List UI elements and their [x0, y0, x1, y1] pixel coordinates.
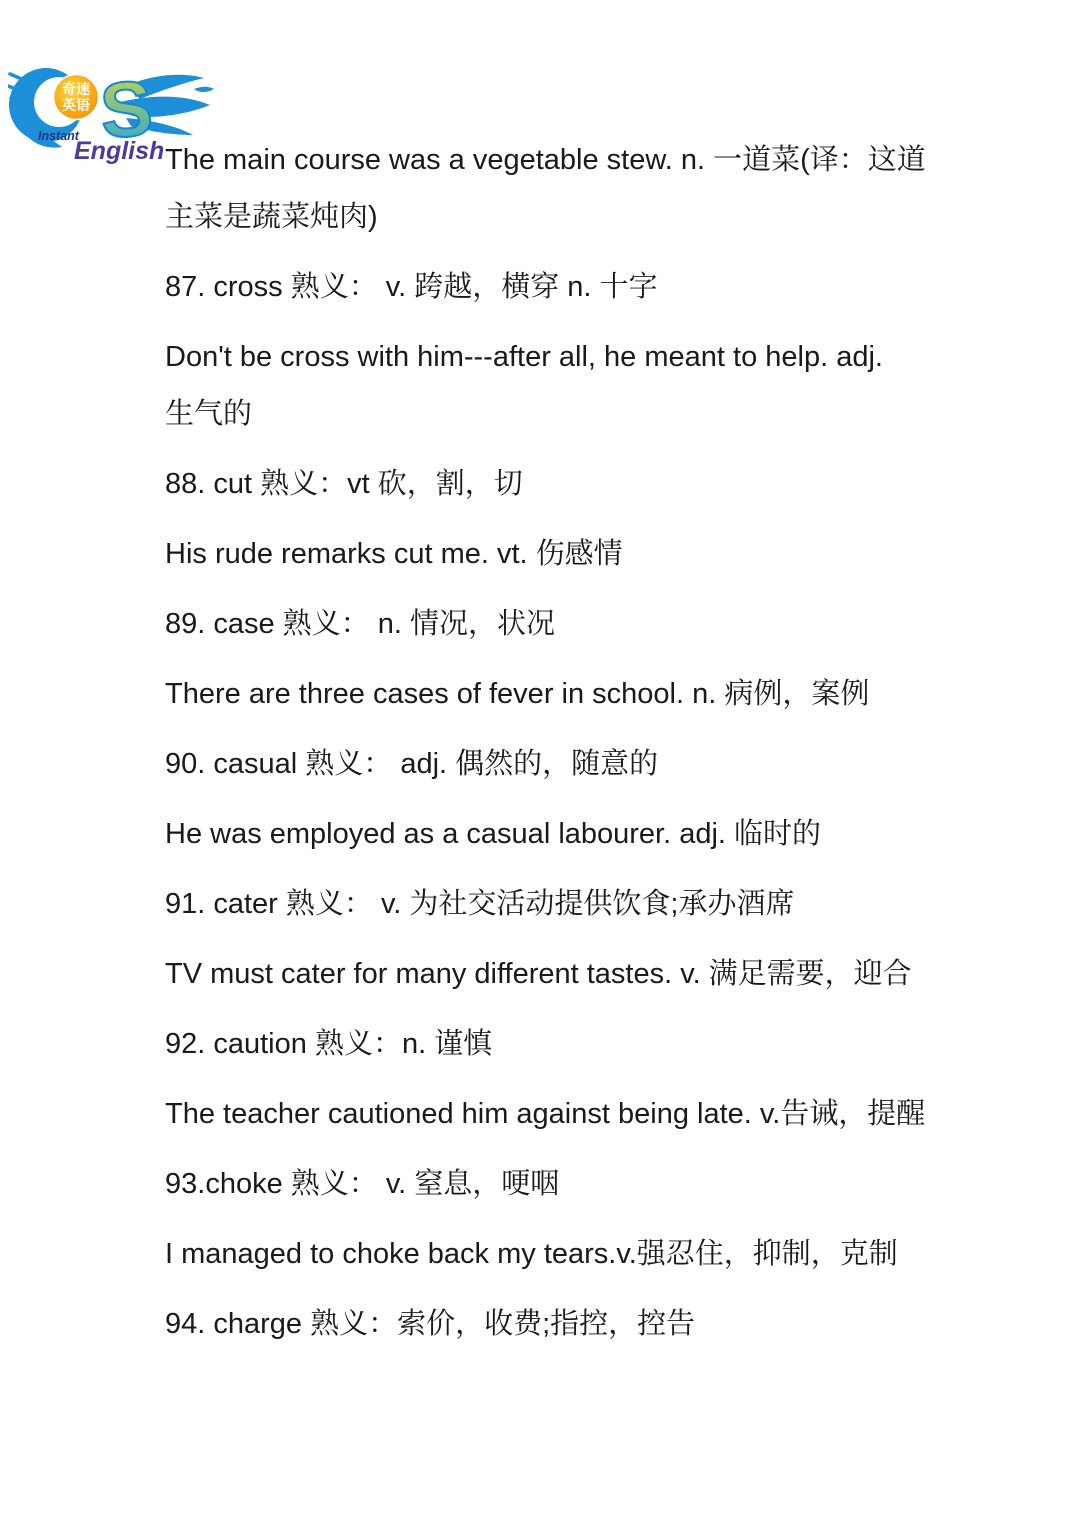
paragraph: 92. caution 熟义：n. 谨慎	[165, 1016, 965, 1073]
text-line: 88. cut 熟义：vt 砍，割，切	[165, 456, 965, 513]
text-line: Don't be cross with him---after all, he …	[165, 329, 965, 386]
paragraph: The main course was a vegetable stew. n.…	[165, 132, 965, 246]
text-line: There are three cases of fever in school…	[165, 666, 965, 723]
paragraph: 88. cut 熟义：vt 砍，割，切	[165, 456, 965, 513]
text-line: TV must cater for many different tastes.…	[165, 946, 965, 1003]
text-line: I managed to choke back my tears.v.强忍住，抑…	[165, 1226, 965, 1283]
text-line: The main course was a vegetable stew. n.…	[165, 132, 965, 189]
paragraph: I managed to choke back my tears.v.强忍住，抑…	[165, 1226, 965, 1283]
badge-text-line2: 英语	[62, 97, 90, 113]
paragraph: 93.choke 熟义： v. 窒息，哽咽	[165, 1156, 965, 1213]
paragraph: There are three cases of fever in school…	[165, 666, 965, 723]
text-line: 94. charge 熟义：索价，收费;指控，控告	[165, 1296, 965, 1353]
paragraph: 91. cater 熟义： v. 为社交活动提供饮食;承办酒席	[165, 876, 965, 933]
badge-text-line1: 奇速	[62, 81, 90, 97]
logo-english-label: English	[74, 137, 164, 165]
paragraph: He was employed as a casual labourer. ad…	[165, 806, 965, 863]
text-line: 87. cross 熟义： v. 跨越，横穿 n. 十字	[165, 259, 965, 316]
text-line: He was employed as a casual labourer. ad…	[165, 806, 965, 863]
text-line: 90. casual 熟义： adj. 偶然的，随意的	[165, 736, 965, 793]
text-line: 89. case 熟义： n. 情况，状况	[165, 596, 965, 653]
paragraph: Don't be cross with him---after all, he …	[165, 329, 965, 443]
paragraph: The teacher cautioned him against being …	[165, 1086, 965, 1143]
text-line: 91. cater 熟义： v. 为社交活动提供饮食;承办酒席	[165, 876, 965, 933]
text-line: 主菜是蔬菜炖肉)	[165, 189, 965, 246]
text-line: His rude remarks cut me. vt. 伤感情	[165, 526, 965, 583]
text-line: 92. caution 熟义：n. 谨慎	[165, 1016, 965, 1073]
paragraph: TV must cater for many different tastes.…	[165, 946, 965, 1003]
paragraph: 89. case 熟义： n. 情况，状况	[165, 596, 965, 653]
text-line: The teacher cautioned him against being …	[165, 1086, 965, 1143]
paragraph: His rude remarks cut me. vt. 伤感情	[165, 526, 965, 583]
paragraph: 90. casual 熟义： adj. 偶然的，随意的	[165, 736, 965, 793]
text-line: 93.choke 熟义： v. 窒息，哽咽	[165, 1156, 965, 1213]
text-line: 生气的	[165, 386, 965, 443]
paragraph: 87. cross 熟义： v. 跨越，横穿 n. 十字	[165, 259, 965, 316]
document-body: The main course was a vegetable stew. n.…	[165, 132, 965, 1366]
brand-badge: 奇速 英语	[54, 75, 99, 120]
paragraph: 94. charge 熟义：索价，收费;指控，控告	[165, 1296, 965, 1353]
